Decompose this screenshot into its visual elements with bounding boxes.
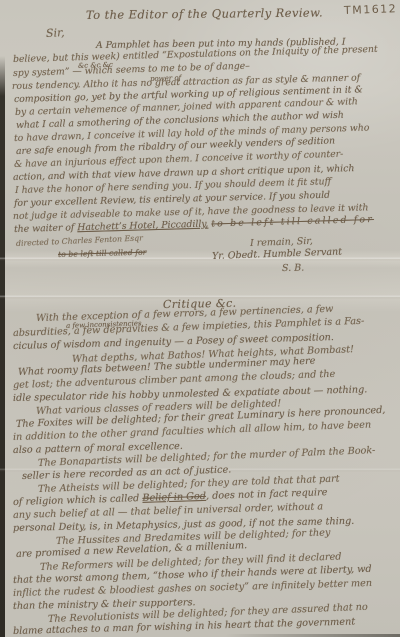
margin-note: directed to Charles Fenton Esqr bbox=[16, 233, 143, 248]
belief-suffix: , does not in fact require bbox=[206, 487, 328, 502]
belief-prefix: of religion which is called bbox=[13, 493, 143, 508]
belief-phrase: Belief in God bbox=[142, 491, 206, 504]
manuscript-scan: { "colors": { "paper": "#c8c5bc", "ink":… bbox=[0, 0, 400, 637]
letter-heading: To the Editor of the Quarterly Review. bbox=[86, 6, 323, 22]
salutation: Sir, bbox=[46, 26, 65, 40]
hotel-prefix: the waiter of bbox=[14, 222, 78, 235]
signature-initials: S. B. bbox=[282, 263, 304, 274]
catalog-mark: TM1612 bbox=[344, 2, 398, 17]
hotel-address: Hatchett’s Hotel, Piccadilly, bbox=[77, 219, 208, 234]
scan-edge-left bbox=[0, 56, 5, 637]
